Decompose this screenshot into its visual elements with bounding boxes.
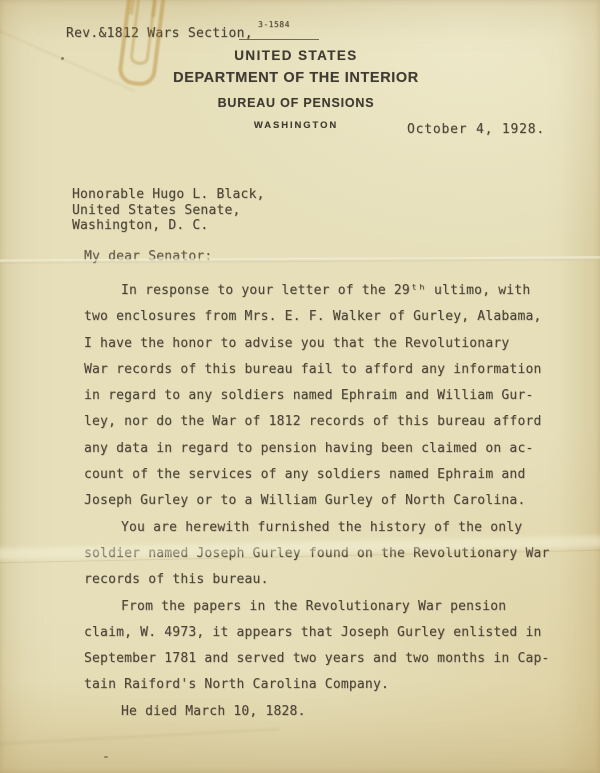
body-line: any data in regard to pension having bee…	[84, 436, 562, 462]
recipient-address: Honorable Hugo L. Black, United States S…	[72, 187, 265, 234]
recipient-line-1: Honorable Hugo L. Black,	[72, 187, 265, 203]
date-line: October 4, 1928.	[407, 122, 545, 137]
body-paragraph-1: In response to your letter of the 29ᵗʰ u…	[84, 278, 562, 515]
body-line: War records of this bureau fail to affor…	[84, 357, 562, 383]
body-line: From the papers in the Revolutionary War…	[84, 594, 562, 620]
body-line: count of the services of any soldiers na…	[84, 462, 562, 488]
letter-body: In response to your letter of the 29ᵗʰ u…	[84, 278, 562, 725]
body-paragraph-4: He died March 10, 1828.	[84, 699, 562, 725]
body-line: September 1781 and served two years and …	[84, 646, 562, 672]
body-line: ley, nor do the War of 1812 records of t…	[84, 409, 562, 435]
body-paragraph-3: From the papers in the Revolutionary War…	[84, 594, 562, 699]
body-line: records of this bureau.	[84, 567, 562, 593]
form-number-underline	[239, 39, 319, 40]
letterhead-bureau: BUREAU OF PENSIONS	[0, 96, 592, 110]
body-line: in regard to any soldiers named Ephraim …	[84, 383, 562, 409]
body-line: claim, W. 4973, it appears that Joseph G…	[84, 620, 562, 646]
letterhead-united-states: UNITED STATES	[0, 48, 592, 63]
form-number: 3-1584	[258, 20, 290, 29]
letter-page: Rev.&1812 Wars Section, 3-1584 UNITED ST…	[0, 0, 600, 773]
body-line: two enclosures from Mrs. E. F. Walker of…	[84, 304, 562, 330]
paper-speck	[61, 57, 64, 60]
body-line: Joseph Gurley or to a William Gurley of …	[84, 488, 562, 514]
body-line: tain Raiford's North Carolina Company.	[84, 672, 562, 698]
bottom-left-crease	[0, 728, 280, 746]
recipient-line-2: United States Senate,	[72, 203, 265, 219]
letterhead-department: DEPARTMENT OF THE INTERIOR	[0, 70, 592, 86]
body-line: He died March 10, 1828.	[84, 699, 562, 725]
body-line: In response to your letter of the 29ᵗʰ u…	[84, 278, 562, 304]
paper-speck	[104, 756, 108, 758]
body-line: I have the honor to advise you that the …	[84, 331, 562, 357]
paperclip-stain-top-arc	[129, 0, 158, 17]
recipient-line-3: Washington, D. C.	[72, 218, 265, 234]
